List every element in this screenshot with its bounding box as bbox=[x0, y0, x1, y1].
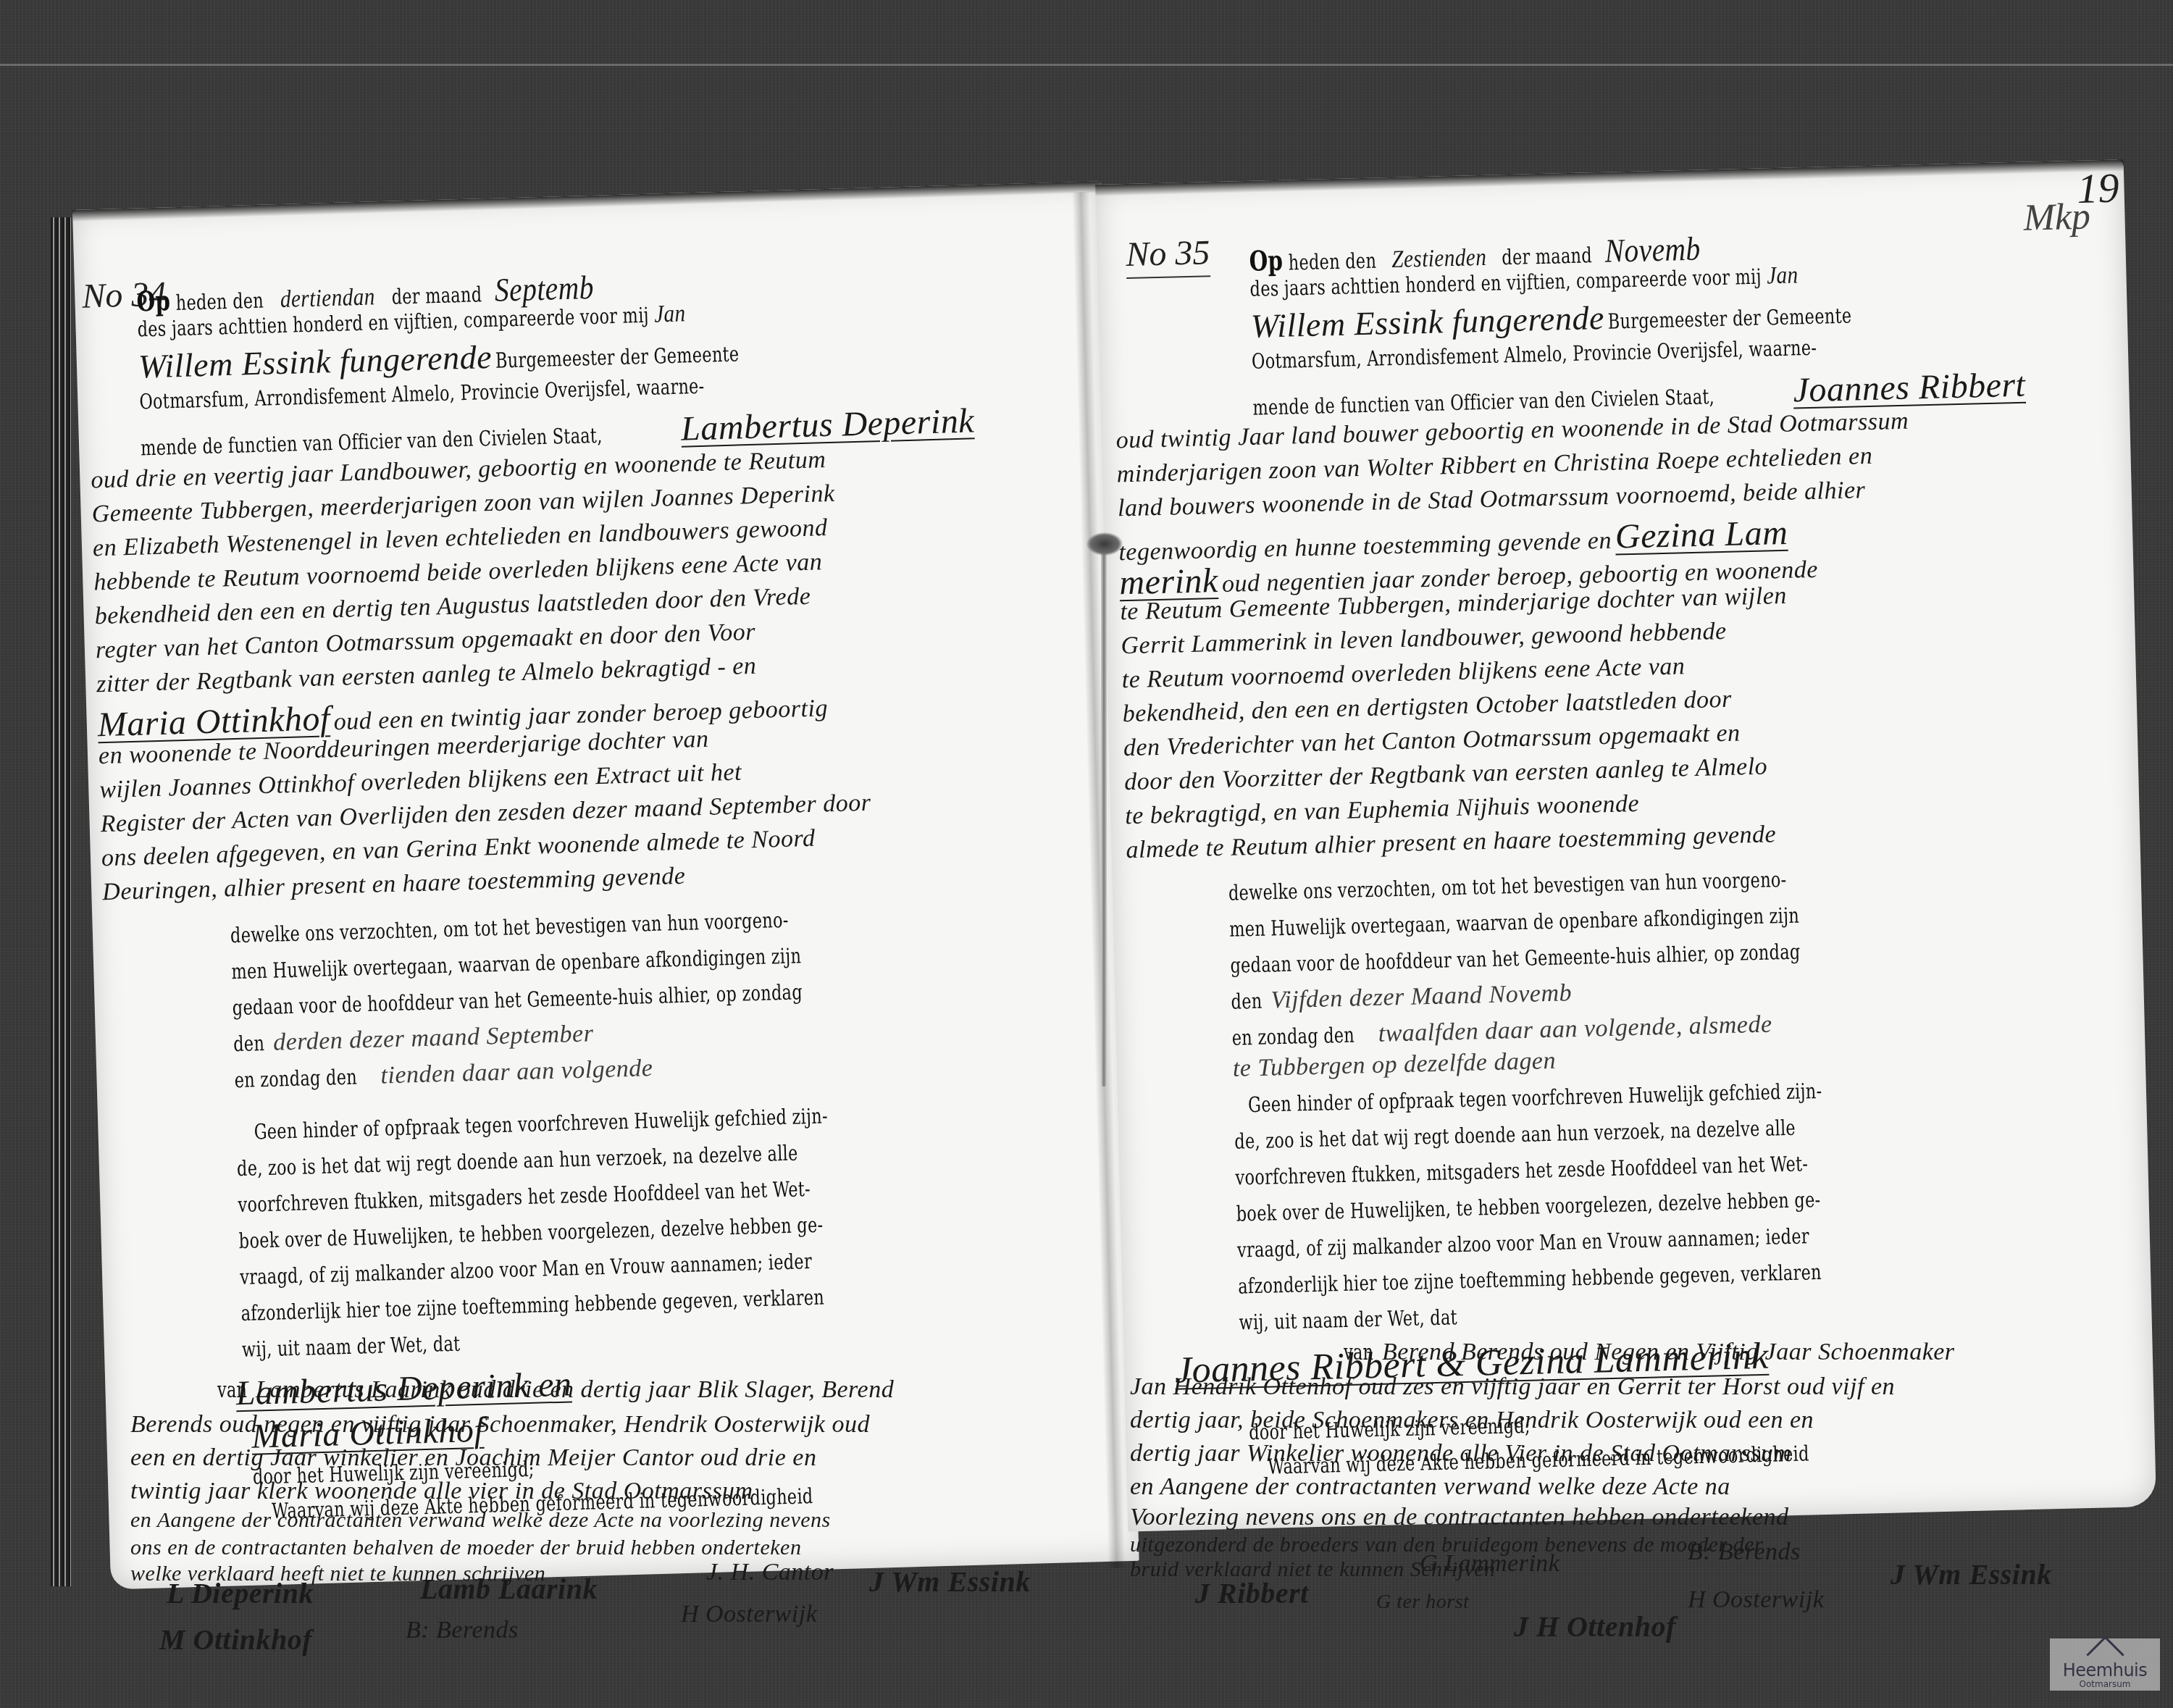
form-para-1: dewelke ons verzochten, om tot het beves… bbox=[1228, 867, 1787, 905]
folio-mark: Mkp bbox=[2023, 195, 2091, 239]
form-para-2: afzonderlijk hier toe zijne toeftemming … bbox=[1238, 1260, 1822, 1299]
scan-line bbox=[0, 64, 2173, 66]
signature: B: Berends bbox=[406, 1617, 519, 1644]
form-para-1: men Huwelijk overtegaan, waarvan de open… bbox=[1229, 903, 1800, 942]
form-para-2: de, zoo is het dat wij regt doende aan h… bbox=[237, 1141, 798, 1181]
form-para-2: Geen hinder of opfpraak tegen voorfchrev… bbox=[254, 1103, 828, 1144]
watermark-brand: Heemhuis bbox=[2050, 1660, 2160, 1680]
officer-field-a: Jan bbox=[654, 300, 687, 327]
signature: G Lammerink bbox=[1420, 1550, 1559, 1578]
signature: J Wm Essink bbox=[1891, 1557, 2052, 1591]
witness-line: ons en de contractanten behalven de moed… bbox=[130, 1536, 801, 1560]
form-para-2: wij, uit naam der Wet, dat bbox=[1239, 1305, 1457, 1334]
form-para-2: voorfchreven ftukken, mitsgaders het zes… bbox=[238, 1176, 811, 1217]
signature: J Wm Essink bbox=[869, 1565, 1031, 1599]
ban-date-2: en zondag den twaalfden daar aan volgend… bbox=[1231, 1011, 1772, 1052]
signature: H Oosterwijk bbox=[681, 1601, 817, 1628]
watermark-sub: Ootmarsum bbox=[2050, 1679, 2160, 1689]
witness-line: en Aangene der contractanten verwand wel… bbox=[1130, 1473, 1730, 1501]
witness-line: dertig jaar, beide Schoenmakers en Hendr… bbox=[1130, 1407, 1814, 1434]
form-para-2: Geen hinder of opfpraak tegen voorfchrev… bbox=[1248, 1079, 1822, 1117]
witness-line: en Aangene der contractanten verwand wel… bbox=[130, 1508, 831, 1533]
signature: L Dieperink bbox=[167, 1576, 314, 1610]
entry-number: No 35 bbox=[1126, 233, 1210, 279]
form-para-2: voorfchreven ftukken, mitsgaders het zes… bbox=[1235, 1151, 1808, 1189]
binding-thread bbox=[1101, 536, 1107, 1087]
witness-line: Jan Hendrik Ottenhof oud zes en vijftig … bbox=[1130, 1373, 1895, 1401]
form-para-1: men Huwelijk overtegaan, waarvan de open… bbox=[231, 943, 802, 984]
heemhuis-watermark: Heemhuis Ootmarsum bbox=[2050, 1638, 2160, 1691]
ban-date-2: en zondag den tienden daar aan volgende bbox=[234, 1055, 653, 1094]
form-para-2: vraagd, of zij malkander alzoo voor Man … bbox=[1237, 1223, 1810, 1262]
witness-line: Berends oud negen en vijftig jaar Schoen… bbox=[130, 1411, 870, 1439]
witness-line: twintig jaar klerk woonende alle vier in… bbox=[130, 1478, 753, 1505]
officer-field-b: Willem Essink fungerende bbox=[138, 338, 492, 385]
witness-line: dertig jaar Winkelier woonende alle Vier… bbox=[1130, 1440, 1791, 1468]
signature: Lamb Laarink bbox=[420, 1572, 598, 1606]
form-para-2: boek over de Huwelijken, te hebben voorg… bbox=[238, 1213, 823, 1254]
form-para-2: boek over de Huwelijken, te hebben voorg… bbox=[1236, 1187, 1820, 1226]
form-para-2: de, zoo is het dat wij regt doende aan h… bbox=[1234, 1115, 1796, 1154]
binding-knot bbox=[1086, 532, 1123, 556]
form-initial: Op bbox=[1249, 244, 1284, 277]
witness-line: van Berend Berends oud Negen en Vijftig … bbox=[1344, 1339, 1955, 1366]
form-para-1: gedaan voor de hoofddeur van het Gemeent… bbox=[1230, 939, 1801, 978]
signature: J. H. Cantor bbox=[706, 1559, 834, 1586]
form-para-1: dewelke ons verzochten, om tot het beves… bbox=[230, 908, 789, 948]
officer-field-b: Willem Essink fungerende bbox=[1250, 299, 1604, 345]
witness-line: een en dertig Jaar winkelier en Joachim … bbox=[130, 1444, 816, 1472]
signature: B: Berends bbox=[1688, 1539, 1801, 1566]
hand-line: te Reutum voornoemd overleden blijkens e… bbox=[1121, 653, 1686, 694]
right-page: No 35 19 Mkp Op heden den Zestienden der… bbox=[1095, 159, 2156, 1531]
hand-line: te bekragtigd, en van Euphemia Nijhuis w… bbox=[1125, 790, 1640, 830]
form-para-2: vraagd, of zij malkander alzoo voor Man … bbox=[240, 1249, 813, 1289]
signature: M Ottinkhof bbox=[159, 1623, 312, 1657]
signature: H Oosterwijk bbox=[1688, 1586, 1824, 1614]
form-para-1: gedaan voor de hoofddeur van het Gemeent… bbox=[232, 979, 803, 1020]
ban-date-1: den derden dezer maand September bbox=[233, 1020, 594, 1058]
signature: G ter horst bbox=[1376, 1591, 1469, 1614]
witness-line: Voorlezing nevens ons en de contractante… bbox=[1130, 1504, 1789, 1531]
groom-name: Joannes Ribbert bbox=[1793, 366, 2026, 410]
officer-field-a: Jan bbox=[1767, 261, 1799, 289]
witness-line: van Lambertus Laarink oud drie en dertig… bbox=[217, 1376, 894, 1404]
month-field: Novemb bbox=[1597, 230, 1701, 269]
ban-date-3: te Tubbergen op dezelfde dagen bbox=[1232, 1047, 1556, 1083]
form-para-2: wij, uit naam der Wet, dat bbox=[242, 1331, 461, 1362]
form-initial: Op bbox=[136, 284, 171, 317]
page-edges bbox=[51, 217, 71, 1586]
signature: J Ribbert bbox=[1195, 1576, 1309, 1610]
groom-name: Lambertus Deperink bbox=[680, 401, 974, 448]
signature: J H Ottenhof bbox=[1514, 1609, 1676, 1644]
ban-date-1: den Vijfden dezer Maand Novemb bbox=[1231, 979, 1572, 1015]
form-para-2: afzonderlijk hier toe zijne toeftemming … bbox=[240, 1285, 824, 1326]
